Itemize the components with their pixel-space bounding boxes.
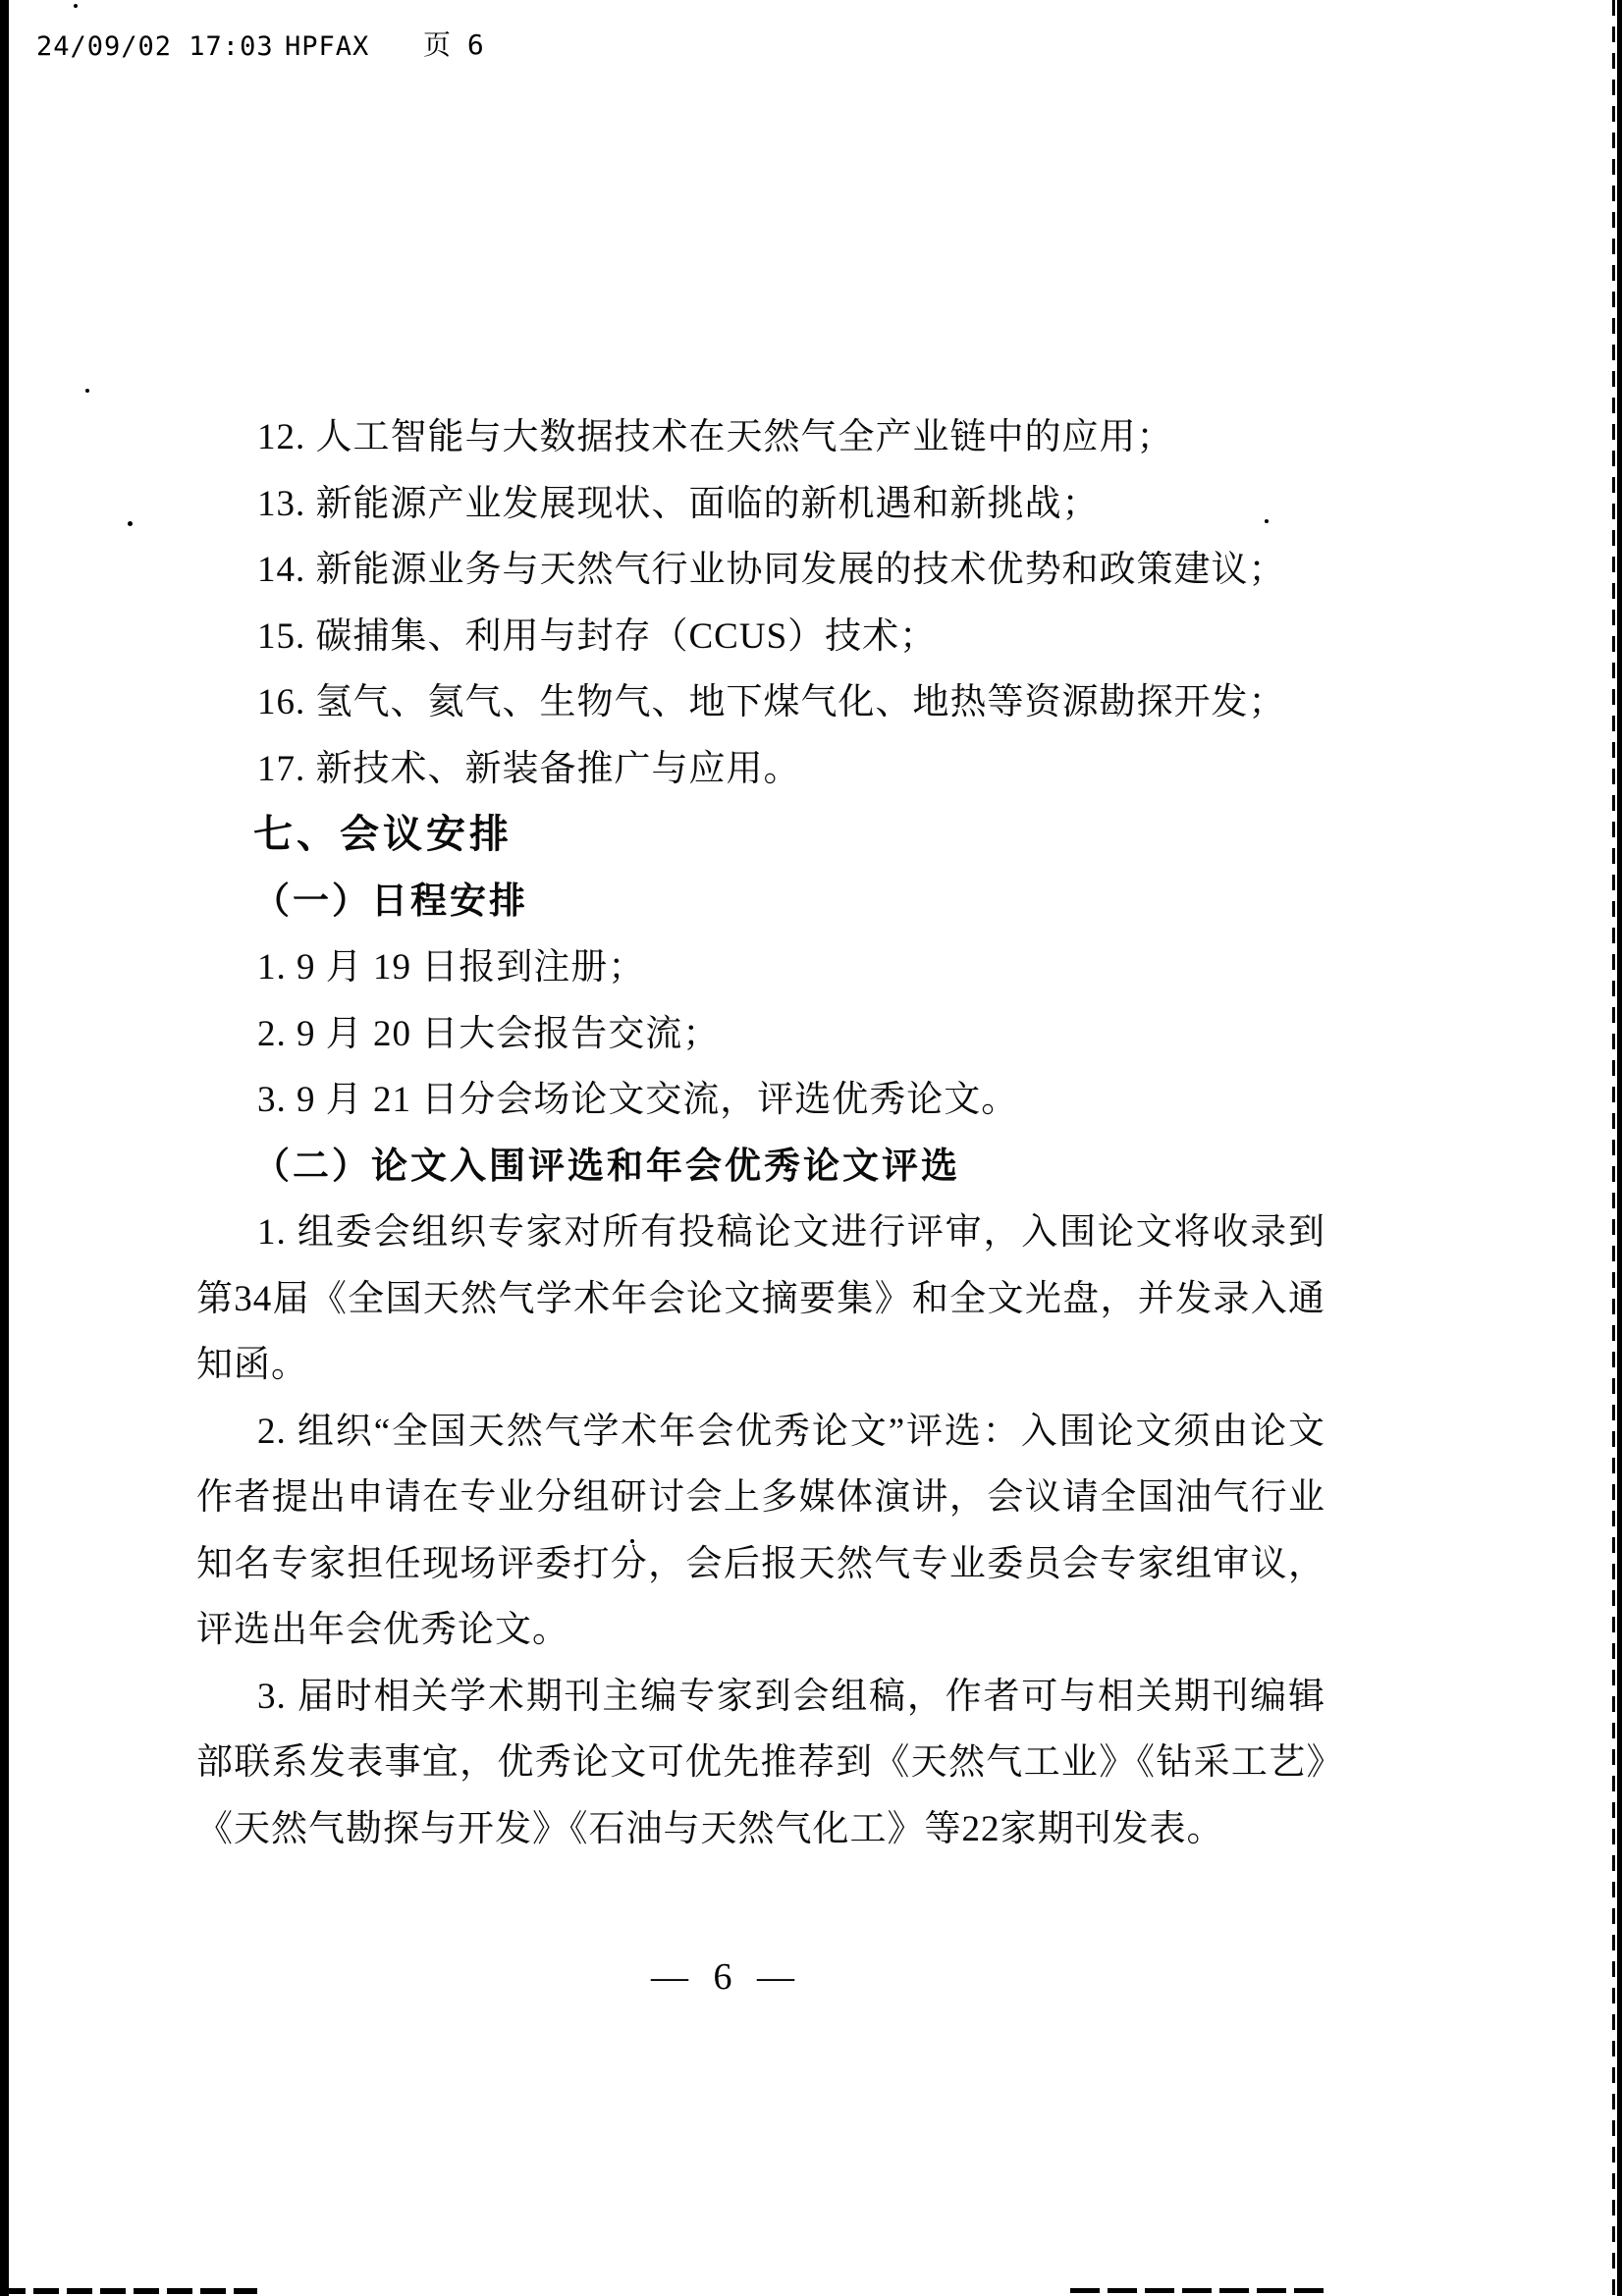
- topic-item-16: 16. 氢气、氦气、生物气、地下煤气化、地热等资源勘探开发；: [196, 669, 1325, 736]
- scan-bottom-dashed-line-left: [0, 2288, 257, 2294]
- section-heading-meeting-arrangement: 七、会议安排: [196, 802, 1325, 869]
- fax-device-name: HPFAX: [285, 31, 369, 63]
- fax-page-label: 页 6: [423, 29, 484, 61]
- document-body: 12. 人工智能与大数据技术在天然气全产业链中的应用； 13. 新能源产业发展现…: [196, 404, 1325, 1862]
- selection-paragraph-3: 3. 届时相关学术期刊主编专家到会组稿，作者可与相关期刊编辑部联系发表事宜，优秀…: [196, 1664, 1325, 1863]
- scan-noise-speck: [74, 4, 78, 8]
- fax-header: 24/09/02 17:03 HPFAX 页 6: [0, 31, 1622, 71]
- page-number: — 6 —: [196, 1955, 1257, 1999]
- topic-item-14: 14. 新能源业务与天然气行业协同发展的技术优势和政策建议；: [196, 537, 1325, 604]
- topic-item-17: 17. 新技术、新装备推广与应用。: [196, 736, 1325, 803]
- topic-item-13: 13. 新能源产业发展现状、面临的新机遇和新挑战；: [196, 471, 1325, 538]
- scan-noise-speck: [85, 389, 89, 393]
- selection-paragraph-2: 2. 组织“全国天然气学术年会优秀论文”评选：入围论文须由论文作者提出申请在专业…: [196, 1399, 1325, 1664]
- fax-datetime: 24/09/02 17:03: [36, 31, 274, 63]
- topic-item-12: 12. 人工智能与大数据技术在天然气全产业链中的应用；: [196, 404, 1325, 471]
- scan-edge-right-dashed-line: [1612, 0, 1615, 2296]
- scan-bottom-dashed-line-right: [1070, 2288, 1325, 2293]
- selection-paragraph-1: 1. 组委会组织专家对所有投稿论文进行评审，入围论文将收录到第34届《全国天然气…: [196, 1200, 1325, 1399]
- subsection-schedule-heading: （一）日程安排: [196, 869, 1325, 935]
- schedule-item-1: 1. 9 月 19 日报到注册；: [196, 934, 1325, 1001]
- scan-edge-right: [1617, 0, 1622, 2296]
- scan-edge-left: [0, 0, 9, 2296]
- fax-page: 24/09/02 17:03 HPFAX 页 6 12. 人工智能与大数据技术在…: [0, 0, 1622, 2296]
- schedule-item-3: 3. 9 月 21 日分会场论文交流，评选优秀论文。: [196, 1067, 1325, 1134]
- topic-item-15: 15. 碳捕集、利用与封存（CCUS）技术；: [196, 604, 1325, 670]
- schedule-item-2: 2. 9 月 20 日大会报告交流；: [196, 1001, 1325, 1068]
- scan-noise-speck: [128, 521, 133, 526]
- subsection-paper-selection-heading: （二）论文入围评选和年会优秀论文评选: [196, 1134, 1325, 1201]
